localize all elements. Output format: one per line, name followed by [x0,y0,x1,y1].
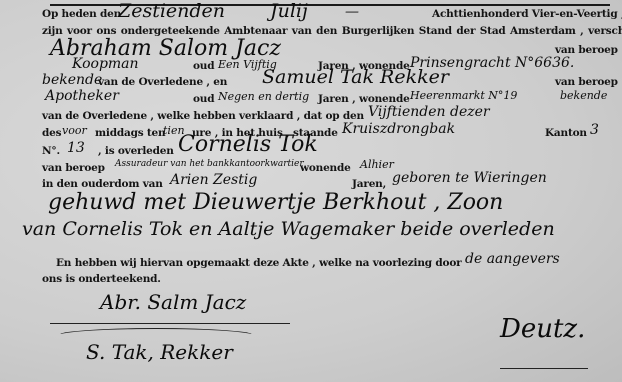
printed-kanton: Kanton [545,127,587,139]
signature-underline-official [500,368,588,369]
handwritten-death-date: Vijftienden dezer [368,104,490,120]
printed-closing: En hebben wij hiervan opgemaakt deze Akt… [56,257,461,269]
signature-official: Deutz. [500,314,585,344]
printed-closing-2: ons is onderteekend. [42,273,161,285]
handwritten-declarant1-relation: bekende [42,72,102,88]
handwritten-kanton-number: 3 [590,122,599,138]
printed-oud-1: oud [193,60,214,72]
handwritten-declarant2-age: Negen en dertig [218,90,309,103]
handwritten-declarant2-address: Heerenmarkt N°19 [410,89,517,102]
handwritten-house-number: 13 [67,140,85,156]
printed-is-overleden: , is overleden [98,145,174,157]
printed-middags-ten: middags ten [95,127,165,139]
handwritten-read-by: de aangevers [465,251,560,267]
printed-op-heden: Op heden den [42,8,121,20]
handwritten-deceased-occupation: Assuradeur van het bankkantoorkwartier [115,159,304,169]
printed-year: Achttienhonderd Vier-en-Veertig , [432,8,622,20]
printed-ouderdom: in den ouderdom van [42,178,163,190]
printed-oud-2: oud [193,93,214,105]
printed-jaren-3: Jaren, [352,178,386,190]
handwritten-birthplace: geboren te Wieringen [392,170,547,186]
printed-no: N°. [42,145,60,157]
death-certificate-scan: Op heden den Zestienden Julij — Achttien… [0,0,622,382]
printed-wonende-3: wonende [300,162,351,174]
printed-van-de-overledene: van de Overledene , en [98,76,227,88]
handwritten-deceased-age: Arien Zestig [170,172,257,188]
handwritten-declarant1-occupation: Koopman [72,56,139,72]
signature-declarant2: S. Tak, Rekker [86,340,233,364]
handwritten-declarant2-relation: bekende [560,89,607,102]
printed-van-beroep-3: van beroep [42,162,105,174]
signature-declarant1: Abr. Salm Jacz [100,290,246,314]
handwritten-deceased-name: Cornelis Tok [178,132,318,157]
printed-des: des [42,127,61,139]
handwritten-deceased-residence: Alhier [360,158,394,171]
handwritten-date-month: Julij [270,0,308,22]
handwritten-date-day: Zestienden [118,0,225,22]
handwritten-declarant2-name: Samuel Tak Rekker [262,66,449,88]
handwritten-dash: — [345,4,359,20]
handwritten-parents: van Cornelis Tok en Aaltje Wagemaker bei… [22,218,555,240]
printed-van-beroep-2: van beroep [555,76,618,88]
signature-underline-1 [50,323,290,324]
handwritten-declarant2-occupation: Apotheker [45,88,119,104]
printed-declared: van de Overledene , welke hebben verklaa… [42,110,364,122]
handwritten-married: gehuwd met Dieuwertje Berkhout , Zoon [48,190,503,215]
handwritten-house-location: Kruiszdrongbak [342,121,455,137]
handwritten-time-of-day: voor [62,124,87,137]
